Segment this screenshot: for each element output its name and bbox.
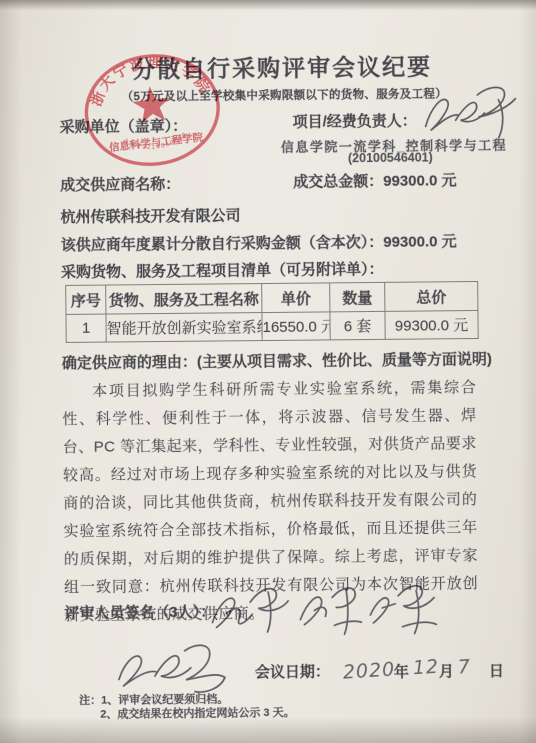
seal-star-icon — [131, 84, 172, 124]
cell-item-name: 智能开放创新实验室系统 — [106, 313, 262, 342]
annual-total-line: 该供应商年度累计分散自行采购金额（含本次）：99300.0 元 — [61, 230, 457, 255]
meeting-date-day-handwriting: 7 — [457, 656, 471, 679]
supplier-label: 成交供应商名称： — [60, 173, 180, 195]
supplier-name: 杭州传联科技开发有限公司 — [60, 204, 240, 227]
list-heading: 采购货物、服务及工程项目清单（可另附详单）： — [61, 258, 384, 282]
table-header-quantity: 数量 — [330, 282, 385, 312]
reviewer-signatures-handwriting — [102, 578, 443, 706]
table-header-item-name: 货物、服务及工程名称 — [106, 284, 262, 314]
table-header-total-price: 总价 — [385, 281, 478, 311]
total-amount: 成交总金额：99300.0 元 — [293, 169, 457, 192]
meeting-date-month-handwriting: 12 — [412, 656, 439, 680]
project-code: (20100546401) — [348, 150, 433, 165]
document-page: 分散自行采购评审会议纪要 （5万元及以上至学校集中采购限额以下的货物、服务及工程… — [0, 0, 536, 743]
official-seal: 浙大宁波理工学院 信息科学与工程学院 33021210050089 — [76, 45, 229, 178]
meeting-date-month-unit: 月 — [439, 660, 454, 681]
seal-department-text: 信息科学与工程学院 — [108, 130, 204, 154]
document-photo: 分散自行采购评审会议纪要 （5万元及以上至学校集中采购限额以下的货物、服务及工程… — [0, 0, 536, 743]
table-header-row: 序号 货物、服务及工程名称 单价 数量 总价 — [66, 281, 478, 314]
cell-unit-price: 16550.0 元 — [262, 312, 330, 341]
cell-quantity: 6 套 — [330, 311, 385, 340]
meeting-date-label: 会议日期： — [255, 660, 330, 682]
cell-index: 1 — [66, 314, 106, 342]
reason-heading: 确定供应商的理由：(主要从项目需求、性价比、质量等方面说明) — [62, 348, 492, 373]
table-header-index: 序号 — [66, 285, 106, 314]
cell-total-price: 99300.0 元 — [385, 310, 478, 339]
table-row: 1 智能开放创新实验室系统 16550.0 元 6 套 99300.0 元 — [66, 310, 478, 342]
meeting-date-year-unit: 年 — [394, 661, 409, 682]
meeting-date-year-handwriting: 2020 — [342, 658, 396, 683]
leader-label: 项目/经费负责人： — [292, 110, 416, 132]
meeting-date-day-unit: 日 — [489, 660, 504, 681]
items-table: 序号 货物、服务及工程名称 单价 数量 总价 1 智能开放创新实验室系统 165… — [65, 281, 479, 343]
footnote-2: 2、成交结果在校内指定网站公示 3 天。 — [100, 704, 295, 722]
table-header-unit-price: 单价 — [262, 283, 330, 313]
